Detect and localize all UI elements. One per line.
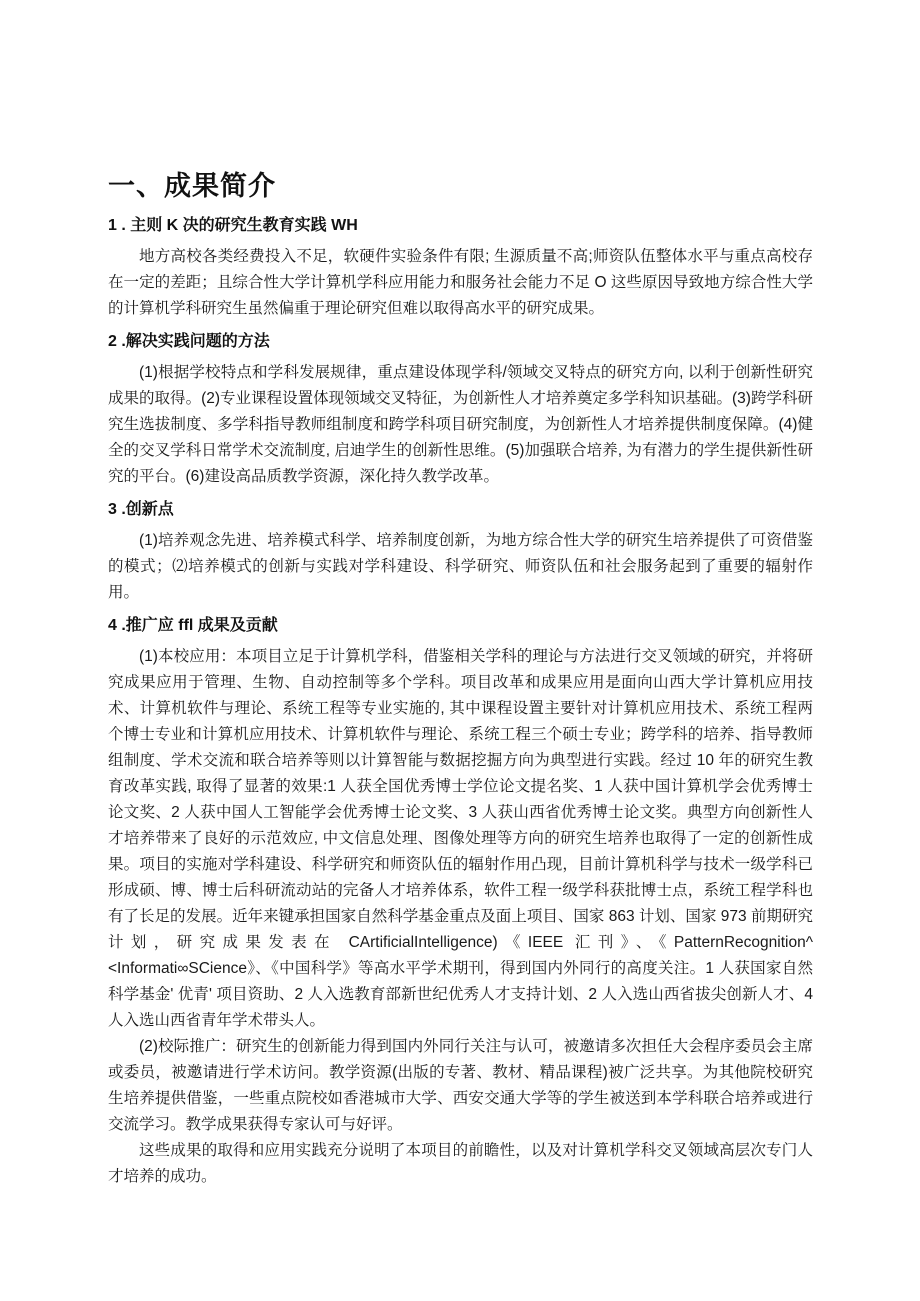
page-title: 一、成果简介 [108,170,813,203]
section-1-paragraph-1: 地方高校各类经费投入不足，软硬件实验条件有限; 生源质量不高;师资队伍整体水平与… [108,244,813,322]
document-page: 一、成果简介 1 . 主则 K 决的研究生教育实践 WH 地方高校各类经费投入不… [0,0,920,1301]
section-3-heading: 3 .创新点 [108,500,813,520]
section-2-heading: 2 .解决实践问题的方法 [108,332,813,352]
section-4-heading: 4 .推广应 ffl 成果及贡献 [108,616,813,636]
section-4-paragraph-1: (1)本校应用：本项目立足于计算机学科，借鉴相关学科的理论与方法进行交叉领域的研… [108,644,813,1034]
section-1-heading: 1 . 主则 K 决的研究生教育实践 WH [108,216,813,236]
section-2-paragraph-1: (1)根据学校特点和学科发展规律，重点建设体现学科/领域交叉特点的研究方向, 以… [108,360,813,490]
section-3-paragraph-1: (1)培养观念先进、培养模式科学、培养制度创新，为地方综合性大学的研究生培养提供… [108,528,813,606]
section-4-paragraph-3: 这些成果的取得和应用实践充分说明了本项目的前瞻性，以及对计算机学科交叉领域高层次… [108,1138,813,1190]
section-4-paragraph-2: (2)校际推广：研究生的创新能力得到国内外同行关注与认可，被邀请多次担任大会程序… [108,1034,813,1138]
